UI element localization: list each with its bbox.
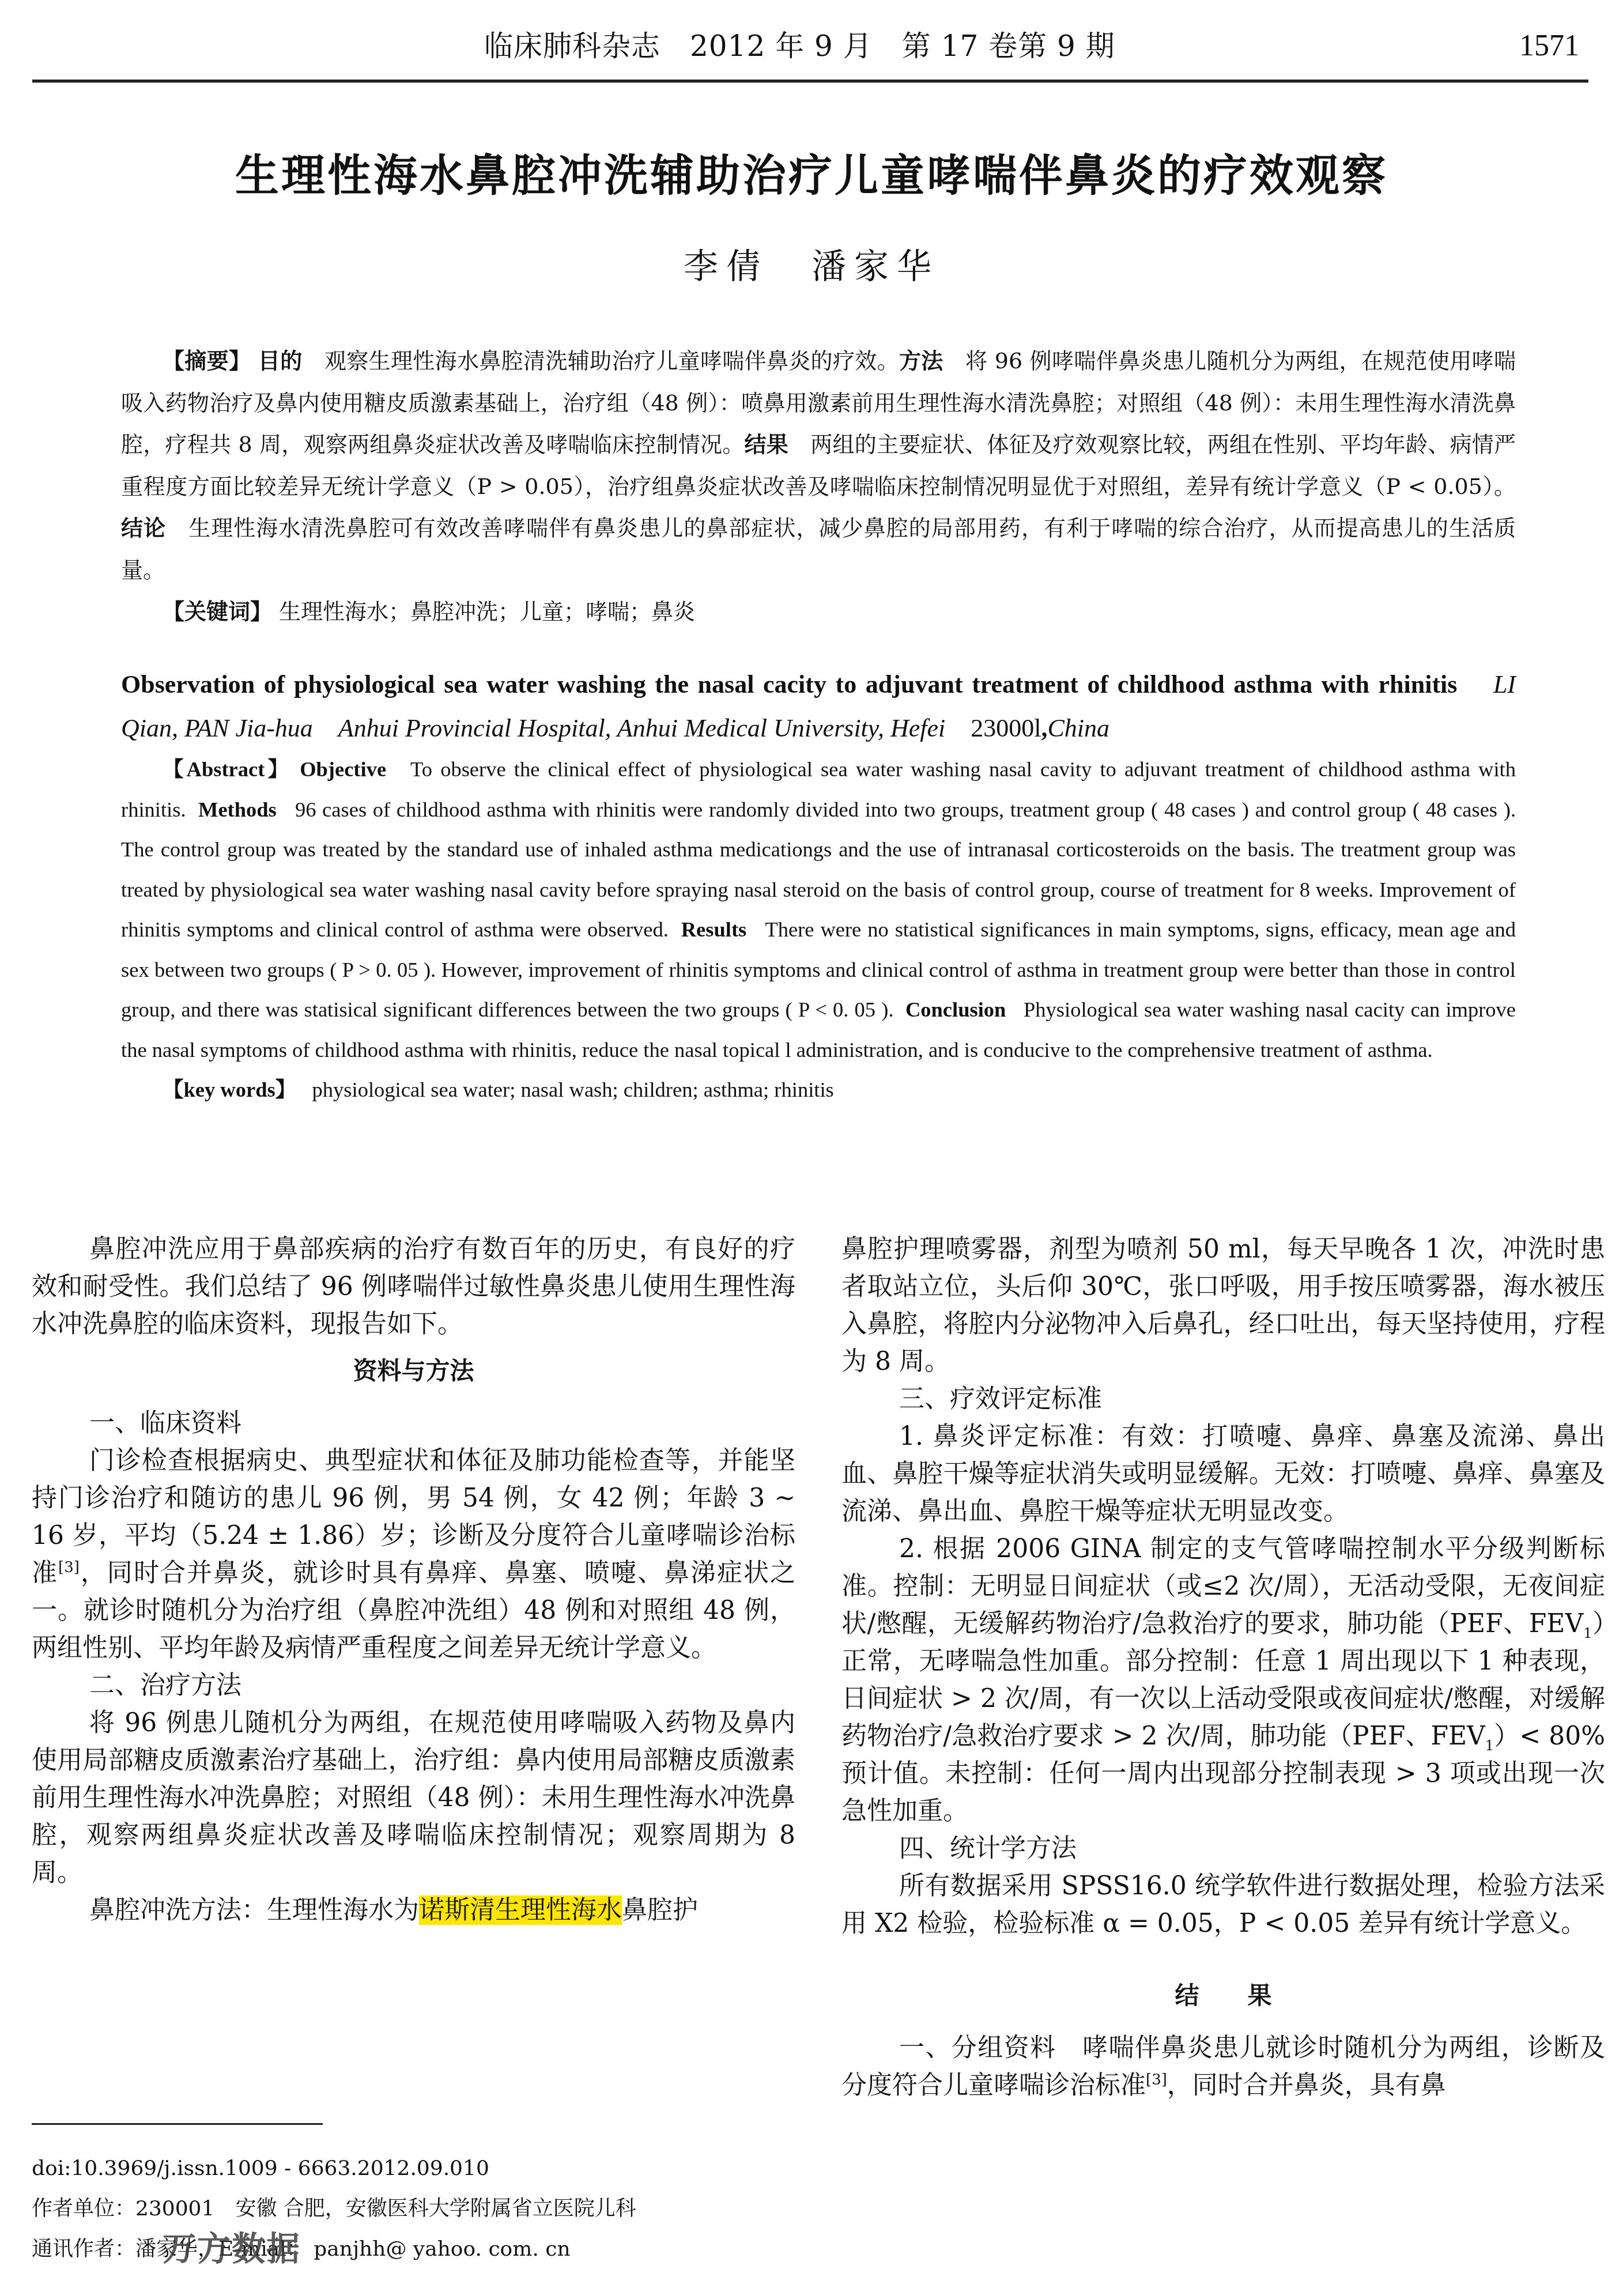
subscript: 1 — [1583, 1625, 1592, 1641]
chinese-abstract: 【摘要】 目的 观察生理性海水鼻腔清洗辅助治疗儿童哮喘伴鼻炎的疗效。方法 将 9… — [121, 340, 1516, 633]
en-keywords-text: physiological sea water; nasal wash; chi… — [312, 1078, 834, 1101]
results-subheading: 一、分组资料 — [899, 2033, 1056, 2063]
criteria-text-a: 2. 根据 2006 GINA 制定的支气管哮喘控制水平分级判断标准。控制：无明… — [841, 1534, 1605, 1638]
results-text-b: ，同时合并鼻炎，具有鼻 — [1167, 2071, 1446, 2100]
subheading-treatment: 二、治疗方法 — [32, 1667, 795, 1704]
body-column-right: 鼻腔护理喷雾器，剂型为喷剂 50 ml，每天早晚各 1 次，冲洗时患者取站立位，… — [841, 1230, 1605, 2104]
running-header: 临床肺科杂志 2012 年 9 月 第 17 卷第 9 期 1571 — [35, 23, 1591, 75]
english-title-block: Observation of physiological sea water w… — [121, 663, 1516, 750]
keywords-label: 【关键词】 — [163, 599, 272, 624]
en-results-label: Results — [681, 917, 747, 941]
results-paragraph: 一、分组资料 哮喘伴鼻炎患儿就诊时随机分为两组，诊断及分度符合儿童哮喘诊治标准[… — [841, 2029, 1605, 2104]
highlighted-product-name: 诺斯清生理性海水 — [419, 1895, 622, 1925]
english-zip: 23000l — [971, 714, 1041, 742]
wash-method-text: 鼻腔冲洗方法：生理性海水为 — [89, 1895, 419, 1925]
section-heading-methods: 资料与方法 — [32, 1352, 795, 1389]
article-title: 生理性海水鼻腔冲洗辅助治疗儿童哮喘伴鼻炎的疗效观察 — [0, 144, 1623, 207]
statistics-paragraph: 所有数据采用 SPSS16.0 统学软件进行数据处理，检验方法采用 X2 检验，… — [841, 1867, 1605, 1942]
results-label: 结果 — [745, 432, 789, 457]
subheading-clinical-data: 一、临床资料 — [32, 1404, 795, 1442]
intro-paragraph: 鼻腔冲洗应用于鼻部疾病的治疗有数百年的历史，有良好的疗效和耐受性。我们总结了 9… — [32, 1230, 795, 1343]
watermark: 万方数据 — [163, 2222, 301, 2270]
wash-method-continued: 鼻腔护理喷雾器，剂型为喷剂 50 ml，每天早晚各 1 次，冲洗时患者取站立位，… — [841, 1230, 1605, 1380]
subscript: 1 — [1485, 1738, 1494, 1754]
rhinitis-criteria: 1. 鼻炎评定标准：有效：打喷嚏、鼻痒、鼻塞及流涕、鼻出血、鼻腔干燥等症状消失或… — [841, 1418, 1605, 1530]
treatment-paragraph: 将 96 例患儿随机分为两组，在规范使用哮喘吸入药物及鼻内使用局部糖皮质激素治疗… — [32, 1704, 795, 1891]
author-affiliation: 作者单位：230001 安徽 合肥，安徽医科大学附属省立医院儿科 — [32, 2189, 795, 2229]
abstract-label: 【摘要】 — [163, 348, 251, 373]
wash-method-paragraph: 鼻腔冲洗方法：生理性海水为诺斯清生理性海水鼻腔护 — [32, 1891, 795, 1929]
en-keywords-label: 【key words】 — [163, 1078, 296, 1101]
objective-text: 观察生理性海水鼻腔清洗辅助治疗儿童哮喘伴鼻炎的疗效。 — [303, 348, 899, 373]
english-title: Observation of physiological sea water w… — [121, 670, 1457, 698]
correspondence: 通讯作者：潘家华，E-mial： panjhh@ yahoo. com. cn — [32, 2229, 795, 2269]
conclusion-label: 结论 — [121, 515, 166, 541]
citation-ref[interactable]: [3] — [58, 1559, 80, 1576]
page-number: 1571 — [1519, 23, 1579, 69]
section-heading-results: 结 果 — [841, 1977, 1605, 2014]
footnote-rule — [32, 2123, 323, 2125]
subheading-criteria: 三、疗效评定标准 — [841, 1380, 1605, 1418]
journal-citation: 临床肺科杂志 2012 年 9 月 第 17 卷第 9 期 — [484, 23, 1115, 69]
footnotes: doi:10.3969/j.issn.1009 - 6663.2012.09.0… — [32, 2148, 795, 2269]
english-country: China — [1047, 714, 1109, 742]
en-conclusion-label: Conclusion — [905, 998, 1006, 1021]
objective-label: 目的 — [258, 348, 303, 373]
asthma-control-criteria: 2. 根据 2006 GINA 制定的支气管哮喘控制水平分级判断标准。控制：无明… — [841, 1530, 1605, 1830]
english-affiliation: Anhui Provincial Hospital, Anhui Medical… — [338, 714, 945, 742]
methods-label: 方法 — [899, 348, 943, 373]
keywords-text: 生理性海水；鼻腔冲洗；儿童；哮喘；鼻炎 — [272, 599, 695, 624]
en-objective-label: Objective — [300, 757, 386, 781]
doi[interactable]: doi:10.3969/j.issn.1009 - 6663.2012.09.0… — [32, 2148, 795, 2189]
body-column-left: 鼻腔冲洗应用于鼻部疾病的治疗有数百年的历史，有良好的疗效和耐受性。我们总结了 9… — [32, 1230, 795, 1929]
citation-ref[interactable]: [3] — [1146, 2071, 1167, 2089]
clinical-data-paragraph: 门诊检查根据病史、典型症状和体征及肺功能检查等，并能坚持门诊治疗和随访的患儿 9… — [32, 1442, 795, 1667]
wash-method-text-cont: 鼻腔护 — [622, 1895, 698, 1925]
en-methods-label: Methods — [198, 798, 277, 821]
english-abstract: 【Abstract】 Objective To observe the clin… — [121, 749, 1516, 1110]
subheading-statistics: 四、统计学方法 — [841, 1830, 1605, 1867]
article-authors: 李倩 潘家华 — [0, 241, 1623, 293]
conclusion-text: 生理性海水清洗鼻腔可有效改善哮喘伴有鼻炎患儿的鼻部症状，减少鼻腔的局部用药，有利… — [121, 515, 1516, 583]
clinical-data-text-cont: ，同时合并鼻炎，就诊时具有鼻痒、鼻塞、喷嚏、鼻涕症状之一。就诊时随机分为治疗组（… — [32, 1558, 795, 1663]
en-abstract-label: 【Abstract】 — [163, 757, 292, 781]
header-rule — [32, 80, 1588, 83]
